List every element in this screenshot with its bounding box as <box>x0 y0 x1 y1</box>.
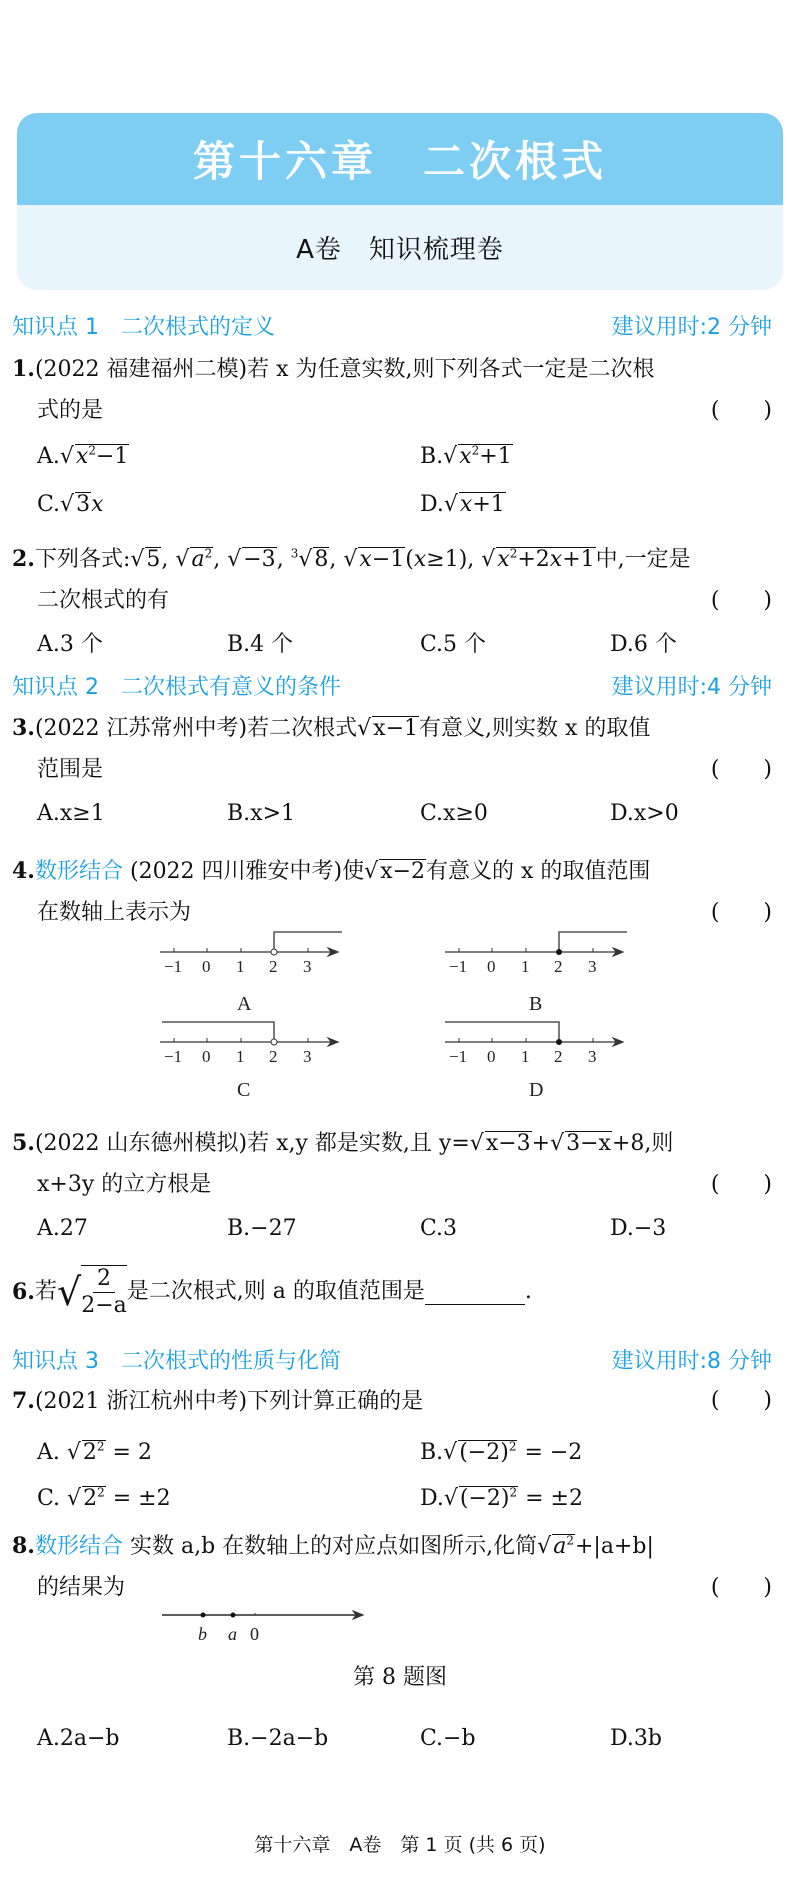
question-number: 3. <box>12 715 35 741</box>
figure-caption: 第 8 题图 <box>0 1660 800 1691</box>
question-text-prefix: 实数 a,b 在数轴上的对应点如图所示,化简 <box>130 1534 537 1559</box>
question-text-suffix: 是二次根式,则 a 的取值范围是 <box>127 1271 425 1313</box>
option-b[interactable]: B.−27 <box>227 1208 297 1250</box>
option-a[interactable]: A.x≥1 <box>37 793 105 835</box>
radicand-2: 3−x <box>565 1131 612 1156</box>
option-c[interactable]: C. √22 = ±2 <box>37 1478 171 1520</box>
svg-text:2: 2 <box>269 1047 278 1066</box>
svg-text:2: 2 <box>554 1047 563 1066</box>
section-time: 建议用时:8 分钟 <box>612 1344 772 1375</box>
question-6: 6.若 √22−a 是二次根式,则 a 的取值范围是 . <box>12 1255 772 1325</box>
svg-text:3: 3 <box>303 957 312 976</box>
chapter-title-banner: 第十六章 二次根式 <box>17 113 783 205</box>
section-label: 知识点 2 二次根式有意义的条件 <box>12 670 341 701</box>
section-header-3: 知识点 3 二次根式的性质与化简 建议用时:8 分钟 <box>12 1342 772 1376</box>
svg-text:1: 1 <box>521 957 530 976</box>
option-b[interactable]: B.−2a−b <box>227 1718 328 1760</box>
option-d[interactable]: D.6 个 <box>610 624 677 666</box>
label-zero: 0 <box>250 1624 259 1644</box>
option-b[interactable]: B.√(−2)2 = −2 <box>420 1432 582 1474</box>
chapter-title: 第十六章 二次根式 <box>193 129 607 189</box>
option-d[interactable]: D.x>0 <box>610 793 679 835</box>
svg-text:2: 2 <box>269 957 278 976</box>
section-header-2: 知识点 2 二次根式有意义的条件 建议用时:4 分钟 <box>12 668 772 702</box>
option-a[interactable]: A.√x2−1 <box>37 436 129 478</box>
question-8-options: A.2a−b B.−2a−b C.−b D.3b <box>12 1718 772 1768</box>
section-time: 建议用时:2 分钟 <box>612 310 772 341</box>
question-text-suffix: +|a+b| <box>575 1534 654 1559</box>
question-text-suffix: 中,一定是 <box>596 547 691 572</box>
page-footer: 第十六章 A卷 第 1 页 (共 6 页) <box>0 1830 800 1857</box>
svg-text:A: A <box>237 993 252 1015</box>
option-b[interactable]: B.x>1 <box>227 793 295 835</box>
paper-subtitle-banner: A卷 知识梳理卷 <box>17 205 783 290</box>
svg-text:−1: −1 <box>164 957 182 976</box>
question-number: 2. <box>12 546 35 572</box>
option-a[interactable]: A. √22 = 2 <box>37 1432 152 1474</box>
point-b <box>201 1613 206 1618</box>
topic-tag: 数形结合 <box>35 859 123 884</box>
question-text-line2: 二次根式的有 <box>37 580 169 622</box>
svg-text:3: 3 <box>588 1047 597 1066</box>
question-number: 1. <box>12 356 35 382</box>
svg-text:0: 0 <box>487 1047 496 1066</box>
svg-text:B: B <box>529 993 542 1015</box>
number-line-figures: −10123 A −10123 B −10123 C −10123 <box>140 930 680 1110</box>
option-c[interactable]: C.3 <box>420 1208 457 1250</box>
plus-sign: + <box>532 1131 550 1156</box>
label-b: b <box>198 1624 207 1644</box>
question-3: 3.(2022 江苏常州中考)若二次根式√x−1有意义,则实数 x 的取值 范围… <box>12 707 772 847</box>
question-text-suffix: 有意义,则实数 x 的取值 <box>419 716 650 741</box>
paper-subtitle: A卷 知识梳理卷 <box>296 229 504 266</box>
question-text-prefix: (2022 江苏常州中考)若二次根式 <box>35 716 357 741</box>
section-label: 知识点 3 二次根式的性质与化简 <box>12 1344 341 1375</box>
option-a[interactable]: A.2a−b <box>37 1718 120 1760</box>
svg-text:1: 1 <box>236 1047 245 1066</box>
number-line-c[interactable]: −10123 C <box>160 1022 337 1101</box>
question-text-prefix: (2022 山东德州模拟)若 x,y 都是实数,且 y= <box>35 1131 470 1156</box>
question-text-prefix: (2022 四川雅安中考)使 <box>130 859 364 884</box>
question-text-line1: (2021 浙江杭州中考)下列计算正确的是 <box>35 1389 423 1414</box>
answer-bracket[interactable]: ( ) <box>711 580 772 622</box>
question-5: 5.(2022 山东德州模拟)若 x,y 都是实数,且 y=√x−3+√3−x+… <box>12 1122 772 1262</box>
section-label: 知识点 1 二次根式的定义 <box>12 310 275 341</box>
svg-text:0: 0 <box>202 957 211 976</box>
number-line-b[interactable]: −10123 B <box>445 932 627 1015</box>
option-b[interactable]: B.4 个 <box>227 624 293 666</box>
question-text-suffix: +8,则 <box>612 1131 673 1156</box>
option-a[interactable]: A.27 <box>37 1208 88 1250</box>
svg-text:−1: −1 <box>449 1047 467 1066</box>
svg-text:0: 0 <box>487 957 496 976</box>
fraction-numerator: 2 <box>93 1266 115 1293</box>
radicand: x−2 <box>379 859 426 884</box>
svg-text:−1: −1 <box>449 957 467 976</box>
question-7: 7.(2021 浙江杭州中考)下列计算正确的是 ( ) A. √22 = 2 B… <box>12 1380 772 1530</box>
point-a <box>231 1613 236 1618</box>
svg-text:C: C <box>237 1079 250 1101</box>
answer-bracket[interactable]: ( ) <box>711 1164 772 1206</box>
label-a: a <box>228 1624 237 1644</box>
question-number: 7. <box>12 1388 35 1414</box>
question-text-line2: x+3y 的立方根是 <box>37 1164 211 1206</box>
question-number: 5. <box>12 1130 35 1156</box>
svg-text:0: 0 <box>202 1047 211 1066</box>
number-line-d[interactable]: −10123 D <box>445 1022 622 1101</box>
question-text-prefix: 若 <box>35 1271 57 1313</box>
question-text-line2: 范围是 <box>37 749 103 791</box>
answer-bracket[interactable]: ( ) <box>711 1567 772 1609</box>
option-d[interactable]: D.3b <box>610 1718 662 1760</box>
svg-text:2: 2 <box>554 957 563 976</box>
section-time: 建议用时:4 分钟 <box>612 670 772 701</box>
fraction-denominator: 2−a <box>81 1293 127 1319</box>
answer-bracket[interactable]: ( ) <box>711 390 772 432</box>
option-d[interactable]: D.√x+1 <box>420 484 506 526</box>
question-text-line1: (2022 福建福州二模)若 x 为任意实数,则下列各式一定是二次根 <box>35 357 655 382</box>
number-line-a[interactable]: −10123 A <box>160 932 342 1015</box>
svg-text:1: 1 <box>521 1047 530 1066</box>
radicand-1: x−3 <box>485 1131 532 1156</box>
option-c[interactable]: C.√3x <box>37 484 104 526</box>
option-c[interactable]: C.−b <box>420 1718 476 1760</box>
question-number: 8. <box>12 1533 35 1559</box>
answer-bracket[interactable]: ( ) <box>711 749 772 791</box>
option-d[interactable]: D.−3 <box>610 1208 666 1250</box>
option-c[interactable]: C.x≥0 <box>420 793 488 835</box>
period: . <box>525 1271 532 1313</box>
question-text-suffix: 有意义的 x 的取值范围 <box>426 859 650 884</box>
question-1: 1.(2022 福建福州二模)若 x 为任意实数,则下列各式一定是二次根 式的是… <box>12 348 772 548</box>
section-header-1: 知识点 1 二次根式的定义 建议用时:2 分钟 <box>12 308 772 342</box>
question-number: 6. <box>12 1271 35 1313</box>
question-text-line2: 在数轴上表示为 <box>37 892 191 934</box>
question-2: 2.下列各式:√5, √a2, √−3, 3√8, √x−1(x≥1), √x2… <box>12 538 772 678</box>
svg-text:D: D <box>529 1079 543 1101</box>
question-number: 4. <box>12 858 35 884</box>
answer-bracket[interactable]: ( ) <box>711 1380 772 1422</box>
radicand: x−1 <box>372 716 419 741</box>
svg-text:3: 3 <box>588 957 597 976</box>
svg-text:1: 1 <box>236 957 245 976</box>
option-c[interactable]: C.5 个 <box>420 624 486 666</box>
svg-text:3: 3 <box>303 1047 312 1066</box>
option-a[interactable]: A.3 个 <box>37 624 103 666</box>
question-text-line2: 式的是 <box>37 390 103 432</box>
svg-text:−1: −1 <box>164 1047 182 1066</box>
option-d[interactable]: D.√(−2)2 = ±2 <box>420 1478 583 1520</box>
answer-blank[interactable] <box>425 1280 525 1305</box>
q8-number-line: b a 0 <box>150 1600 650 1660</box>
question-text-line2: 的结果为 <box>37 1567 125 1609</box>
option-b[interactable]: B.√x2+1 <box>420 436 513 478</box>
topic-tag: 数形结合 <box>35 1534 123 1559</box>
question-text-prefix: 下列各式: <box>35 547 130 572</box>
answer-bracket[interactable]: ( ) <box>711 892 772 934</box>
